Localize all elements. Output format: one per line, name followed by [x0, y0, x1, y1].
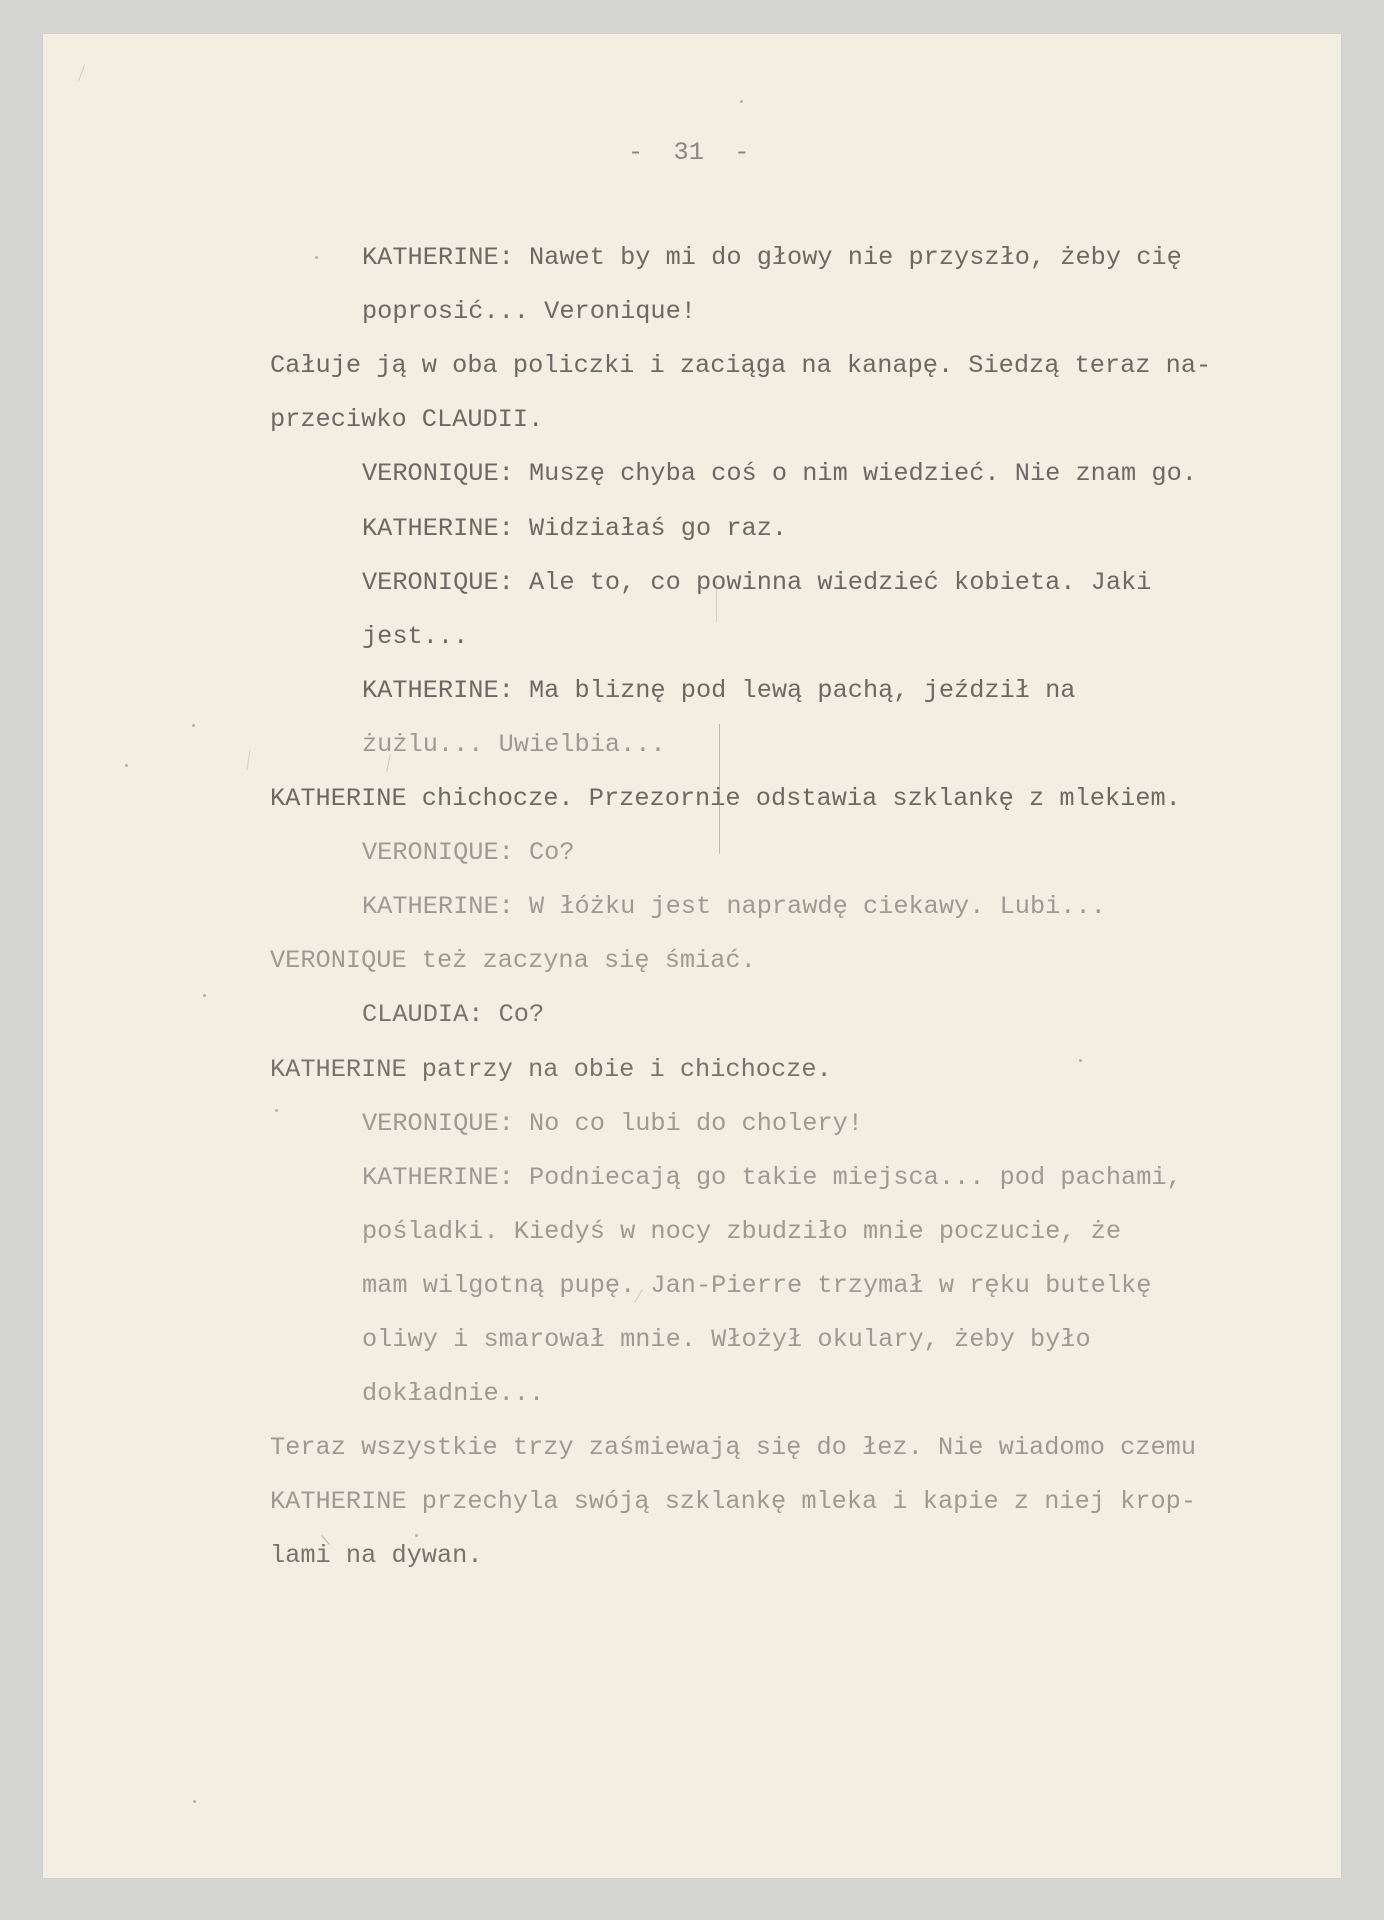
- dialogue-line: oliwy i smarował mnie. Włożył okulary, ż…: [362, 1325, 1091, 1355]
- dialogue-line: dokładnie...: [362, 1379, 544, 1409]
- dialogue-line: VERONIQUE: Muszę chyba coś o nim wiedzie…: [362, 459, 1197, 489]
- stage-direction-line: VERONIQUE też zaczyna się śmiać.: [270, 946, 756, 976]
- stray-dot: [192, 724, 195, 727]
- dialogue-line: KATHERINE: Widziałaś go raz.: [362, 514, 787, 544]
- stage-direction-line: Teraz wszystkie trzy zaśmiewają się do ł…: [270, 1433, 1196, 1463]
- stray-dot: [740, 100, 743, 103]
- stray-vertical-mark: [716, 582, 717, 622]
- dialogue-line: CLAUDIA: Co?: [362, 1000, 544, 1030]
- stray-tick-mark: [247, 750, 251, 770]
- dialogue-line: żużlu... Uwielbia...: [362, 730, 666, 760]
- page-number: - 31 -: [628, 138, 749, 167]
- dialogue-line: KATHERINE: Podniecają go takie miejsca..…: [362, 1163, 1182, 1193]
- stray-dot: [275, 1109, 278, 1112]
- stray-tick-mark: [78, 64, 85, 81]
- dialogue-line: KATHERINE: W łóżku jest naprawdę ciekawy…: [362, 892, 1106, 922]
- typewritten-page: - 31 - KATHERINE: Nawet by mi do głowy n…: [43, 34, 1341, 1878]
- dialogue-line: pośladki. Kiedyś w nocy zbudziło mnie po…: [362, 1217, 1121, 1247]
- stray-dot: [315, 256, 318, 259]
- dialogue-line: poprosić... Veronique!: [362, 297, 696, 327]
- dialogue-line: VERONIQUE: No co lubi do cholery!: [362, 1109, 863, 1139]
- stage-direction-line: lami na dywan.: [270, 1541, 483, 1571]
- stage-direction-line: przeciwko CLAUDII.: [270, 405, 543, 435]
- stray-dot: [1079, 1059, 1082, 1062]
- stray-dot: [415, 1534, 418, 1537]
- dialogue-line: mam wilgotną pupę. Jan-Pierre trzymał w …: [362, 1271, 1151, 1301]
- stray-dot: [125, 764, 128, 767]
- stage-direction-line: Całuje ją w oba policzki i zaciąga na ka…: [270, 351, 1211, 381]
- dialogue-line: jest...: [362, 622, 468, 652]
- stray-dot: [193, 1800, 196, 1803]
- dialogue-line: KATHERINE: Ma bliznę pod lewą pachą, jeź…: [362, 676, 1076, 706]
- stray-dot: [203, 994, 206, 997]
- stage-direction-line: KATHERINE przechyla swóją szklankę mleka…: [270, 1487, 1196, 1517]
- dialogue-line: VERONIQUE: Co?: [362, 838, 575, 868]
- dialogue-line: VERONIQUE: Ale to, co powinna wiedzieć k…: [362, 568, 1151, 598]
- stray-vertical-mark: [719, 724, 720, 854]
- stage-direction-line: KATHERINE chichocze. Przezornie odstawia…: [270, 784, 1181, 814]
- stage-direction-line: KATHERINE patrzy na obie i chichocze.: [270, 1055, 832, 1085]
- dialogue-line: KATHERINE: Nawet by mi do głowy nie przy…: [362, 243, 1182, 273]
